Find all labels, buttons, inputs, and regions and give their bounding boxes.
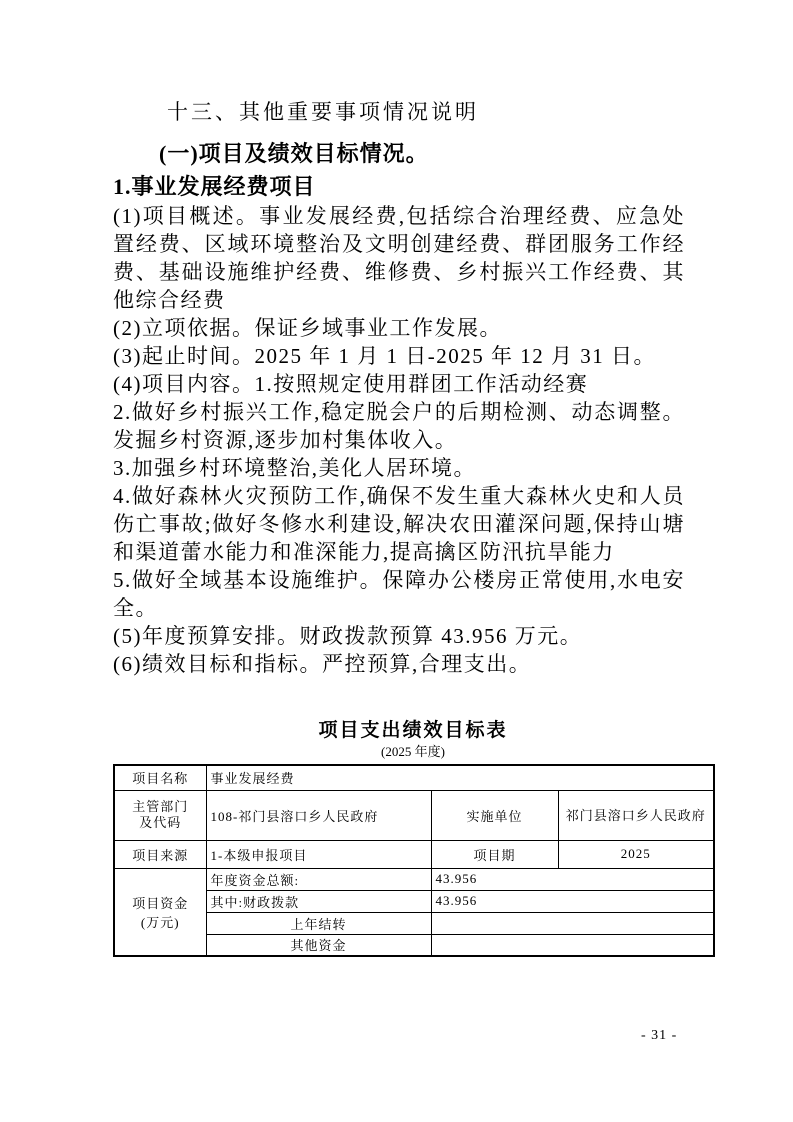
impl-unit-value: 祁门县溶口乡人民政府	[558, 790, 714, 840]
dept-code-label-line2: 及代码	[119, 815, 202, 831]
fund-fiscal-value: 43.956	[431, 890, 714, 912]
project-name-value: 事业发展经费	[206, 765, 714, 790]
paragraph: (6)绩效目标和指标。严控预算,合理支出。	[113, 650, 685, 678]
paragraph: 5.做好全域基本设施维护。保障办公楼房正常使用,水电安全。	[113, 566, 685, 622]
project-period-label: 项目期	[431, 840, 558, 868]
project-source-value: 1-本级申报项目	[206, 840, 431, 868]
paragraph: (4)项目内容。1.按照规定使用群团工作活动经赛	[113, 370, 685, 398]
table-row: 项目资金 (万元) 年度资金总额: 43.956	[114, 868, 714, 890]
table-row: 主管部门 及代码 108-祁门县溶口乡人民政府 实施单位 祁门县溶口乡人民政府	[114, 790, 714, 840]
section-heading: 十三、其他重要事项情况说明	[113, 98, 685, 126]
sub-heading: (一)项目及绩效目标情况。	[113, 140, 685, 168]
page-number: - 31 -	[641, 1028, 677, 1044]
paragraph: 4.做好森林火灾预防工作,确保不发生重大森林火史和人员伤亡事故;做好冬修水利建设…	[113, 482, 685, 566]
fund-carryover-label: 上年结转	[206, 912, 431, 934]
paragraph: 3.加强乡村环境整治,美化人居环境。	[113, 454, 685, 482]
paragraph: (1)项目概述。事业发展经费,包括综合治理经费、应急处置经费、区域环境整治及文明…	[113, 202, 685, 314]
item-heading: 1.事业发展经费项目	[113, 173, 685, 201]
impl-unit-label: 实施单位	[431, 790, 558, 840]
page-content: 十三、其他重要事项情况说明 (一)项目及绩效目标情况。 1.事业发展经费项目 (…	[113, 98, 685, 957]
performance-table-section: 项目支出绩效目标表 (2025 年度) 项目名称 事业发展经费 主管部门 及代码	[113, 720, 685, 957]
project-funds-label-line1: 项目资金	[119, 893, 202, 912]
project-name-label: 项目名称	[114, 765, 206, 790]
paragraph: (3)起止时间。2025 年 1 月 1 日-2025 年 12 月 31 日。	[113, 342, 685, 370]
paragraph: 2.做好乡村振兴工作,稳定脱会户的后期检测、动态调整。发掘乡村资源,逐步加村集体…	[113, 398, 685, 454]
project-funds-label: 项目资金 (万元)	[114, 868, 206, 956]
fund-other-label: 其他资金	[206, 934, 431, 956]
document-page: 十三、其他重要事项情况说明 (一)项目及绩效目标情况。 1.事业发展经费项目 (…	[0, 0, 793, 1122]
paragraph: (2)立项依据。保证乡域事业工作发展。	[113, 314, 685, 342]
paragraph: (5)年度预算安排。财政拨款预算 43.956 万元。	[113, 622, 685, 650]
table-row: 项目来源 1-本级申报项目 项目期 2025	[114, 840, 714, 868]
fund-other-value	[431, 934, 714, 956]
table-subtitle: (2025 年度)	[113, 744, 713, 759]
project-funds-label-line2: (万元)	[119, 912, 202, 931]
project-source-label: 项目来源	[114, 840, 206, 868]
dept-code-label-line1: 主管部门	[119, 799, 202, 815]
dept-code-value: 108-祁门县溶口乡人民政府	[206, 790, 431, 840]
fund-carryover-value	[431, 912, 714, 934]
project-period-value: 2025	[558, 840, 714, 868]
fund-fiscal-label: 其中:财政拨款	[206, 890, 431, 912]
fund-total-label: 年度资金总额:	[206, 868, 431, 890]
table-row: 项目名称 事业发展经费	[114, 765, 714, 790]
dept-code-label: 主管部门 及代码	[114, 790, 206, 840]
fund-total-value: 43.956	[431, 868, 714, 890]
table-title: 项目支出绩效目标表	[113, 720, 713, 742]
performance-target-table: 项目名称 事业发展经费 主管部门 及代码 108-祁门县溶口乡人民政府 实施单位…	[113, 764, 715, 957]
